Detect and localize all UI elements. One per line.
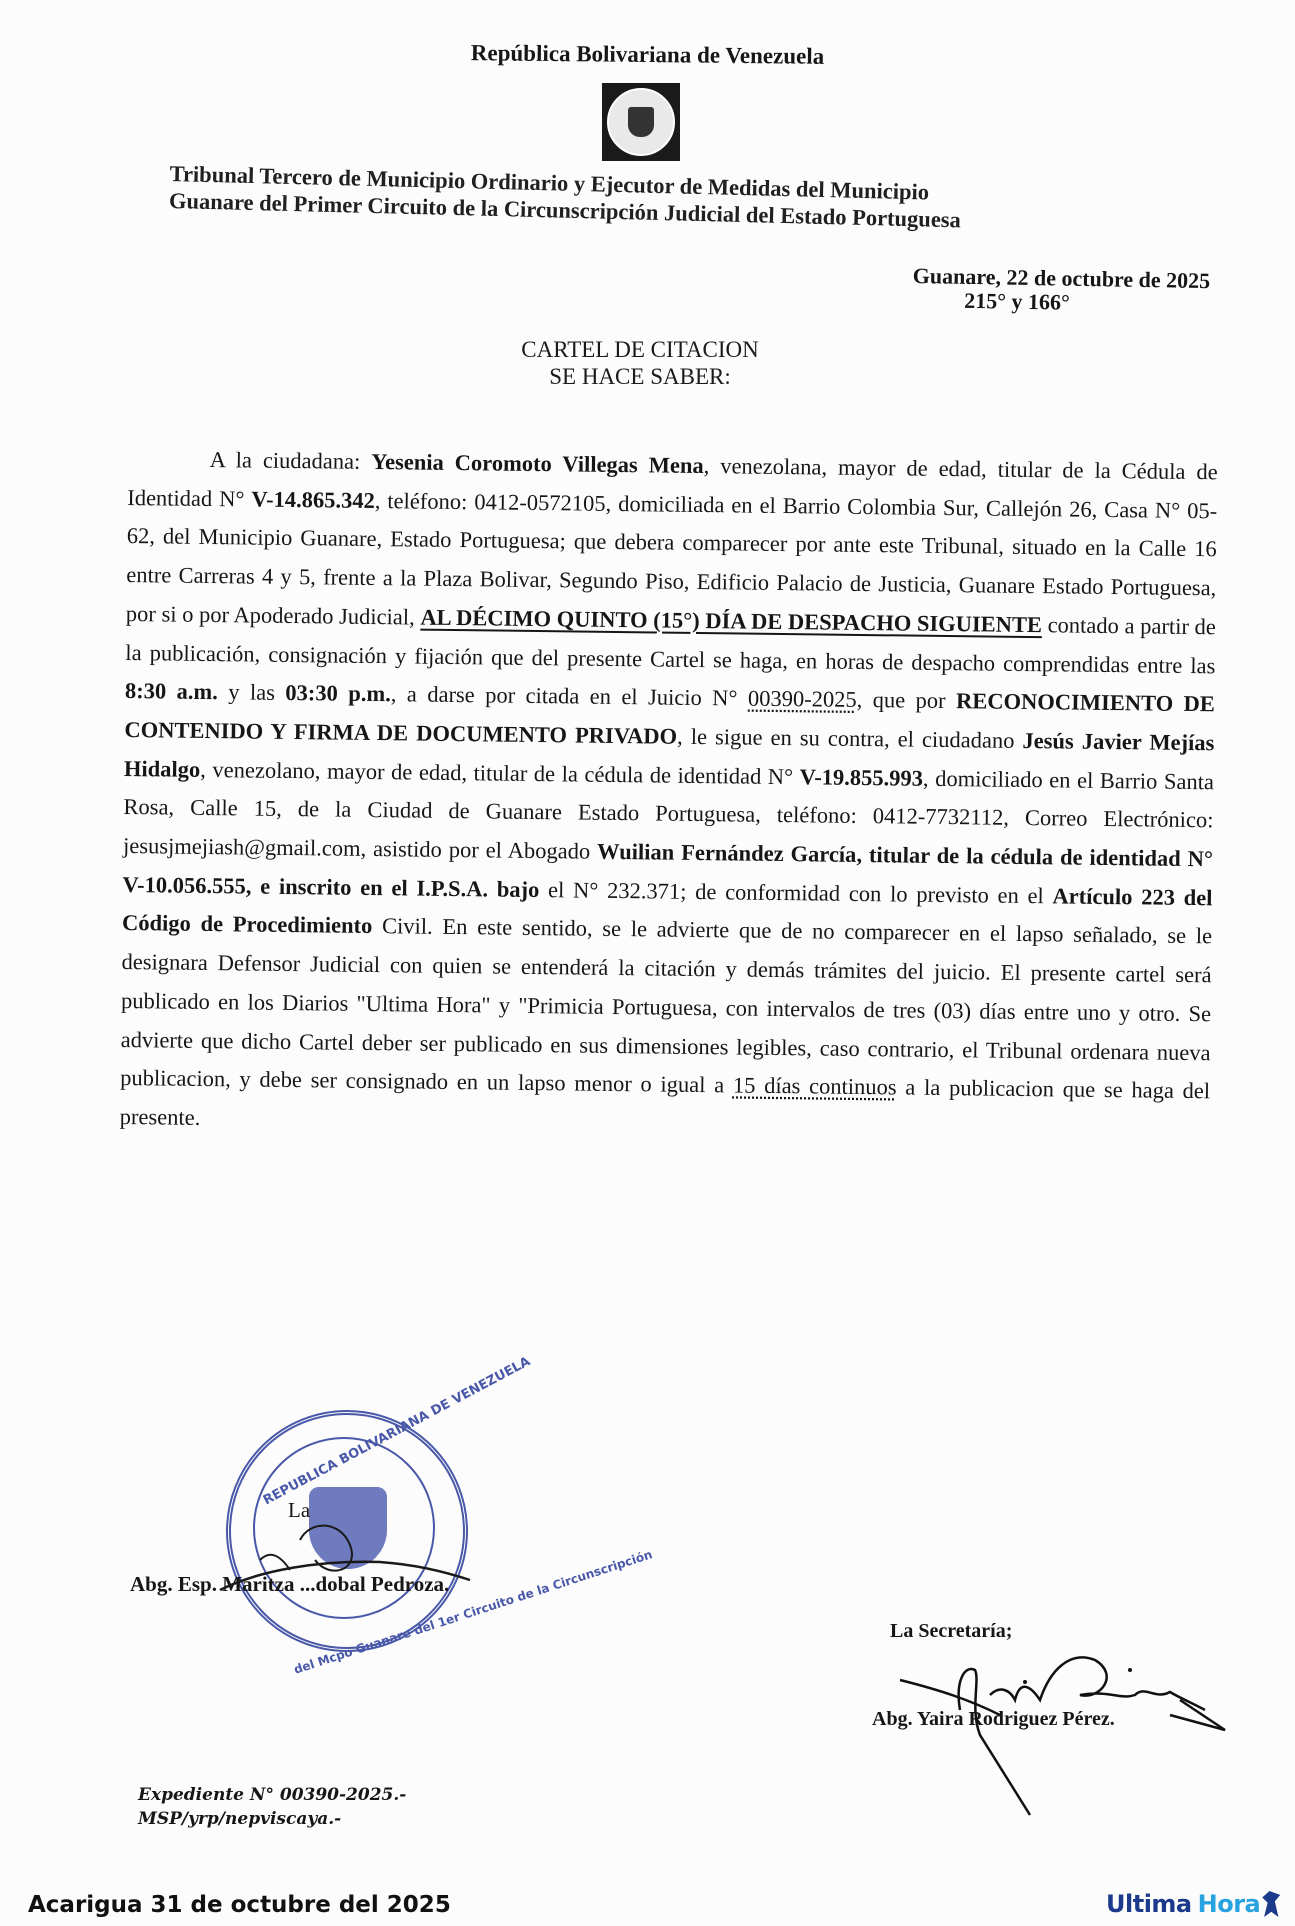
title-line-1: CARTEL DE CITACION — [480, 336, 800, 363]
judge-name: Abg. Esp. Maritza ...dobal Pedroza. — [130, 1572, 449, 1597]
title-line-2: SE HACE SABER: — [480, 363, 800, 390]
shield-icon — [628, 107, 654, 137]
body-text: y las — [218, 679, 286, 705]
stamp-emblem-icon — [309, 1487, 387, 1569]
body-text: , venezolano, mayor de edad, titular de … — [200, 757, 800, 789]
seal-inner — [607, 88, 675, 156]
court-stamp: REPUBLICA BOLIVARIANA DE VENEZUELA del M… — [226, 1410, 468, 1652]
ultima-hora-logo: Ultima Hora — [1106, 1890, 1280, 1918]
page-title: CARTEL DE CITACION SE HACE SABER: — [480, 336, 800, 390]
case-number: 00390-2025 — [748, 686, 857, 712]
hours-end: 03:30 p.m. — [285, 680, 391, 706]
citation-body: A la ciudadana: Yesenia Coromoto Villega… — [119, 440, 1217, 1150]
body-text: , a darse por citada en el Juicio N° — [391, 681, 748, 710]
document-date: Guanare, 22 de octubre de 2025 215° y 16… — [850, 263, 1211, 317]
expediente-number: Expediente N° 00390-2025.- — [138, 1783, 406, 1807]
country-header: República Bolivariana de Venezuela — [0, 35, 1295, 75]
defendant-id: V-14.865.342 — [251, 486, 375, 513]
body-text: Civil. En este sentido, se le advierte q… — [120, 913, 1212, 1097]
tribunal-name: Tribunal Tercero de Municipio Ordinario … — [169, 160, 1120, 237]
body-text: el N° 232.371; de conformidad con lo pre… — [539, 877, 1052, 908]
running-figure-icon — [1262, 1891, 1280, 1917]
initials: MSP/yrp/nepviscaya.- — [138, 1807, 406, 1831]
secretary-name: Abg. Yaira Rodriguez Pérez. — [872, 1708, 1115, 1731]
consign-period: 15 días continuos — [733, 1073, 897, 1100]
deadline: AL DÉCIMO QUINTO (15°) DÍA DE DESPACHO S… — [420, 604, 1042, 637]
lawyer-name: Wuilian Fernández García — [597, 839, 857, 867]
logo-ultima: Ultima — [1106, 1890, 1192, 1918]
judge-label: La — [288, 1498, 310, 1523]
secretary-label: La Secretaría; — [890, 1620, 1012, 1643]
expediente-reference: Expediente N° 00390-2025.- MSP/yrp/nepvi… — [138, 1783, 406, 1831]
body-text: , le sigue en su contra, el ciudadano — [677, 724, 1023, 753]
hours-start: 8:30 a.m. — [125, 678, 218, 704]
coat-of-arms-icon — [602, 83, 680, 161]
body-text: A la ciudadana: — [210, 447, 372, 474]
publication-date: Acarigua 31 de octubre del 2025 — [28, 1892, 451, 1918]
plaintiff-id: V-19.855.993 — [800, 764, 924, 791]
logo-hora: Hora — [1198, 1890, 1261, 1918]
body-text: , que por — [857, 687, 957, 713]
defendant-name: Yesenia Coromoto Villegas Mena — [371, 449, 704, 478]
